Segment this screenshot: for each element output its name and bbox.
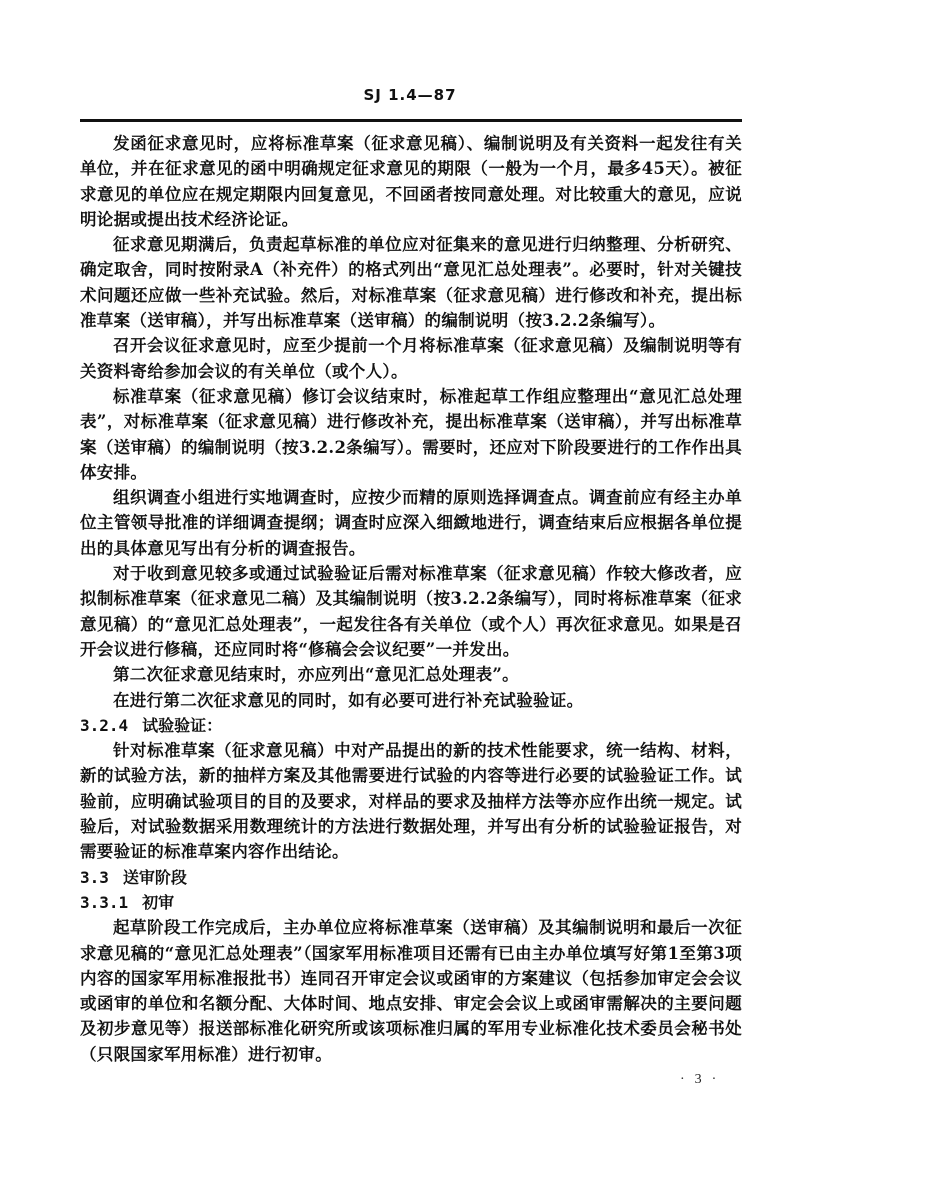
section-title: 送审阶段 [123, 868, 187, 887]
paragraph: 征求意见期满后，负责起草标准的单位应对征集来的意见进行归纳整理、分析研究、确定取… [80, 232, 742, 333]
section-number: 3.2.4 [80, 716, 128, 735]
document-code-header: SJ 1.4—87 [0, 86, 820, 104]
paragraph: 第二次征求意见结束时，亦应列出“意见汇总处理表”。 [80, 662, 742, 687]
document-body: 发函征求意见时，应将标准草案（征求意见稿）、编制说明及有关资料一起发往有关单位，… [80, 131, 742, 1067]
section-title: 试验验证： [142, 716, 222, 735]
section-number: 3.3 [80, 868, 109, 887]
page-number: ·3· [680, 1072, 726, 1088]
paragraph: 组织调查小组进行实地调查时，应按少而精的原则选择调查点。调查前应有经主办单位主管… [80, 485, 742, 561]
paragraph: 在进行第二次征求意见的同时，如有必要可进行补充试验验证。 [80, 688, 742, 713]
section-number: 3.3.1 [80, 893, 128, 912]
paragraph: 针对标准草案（征求意见稿）中对产品提出的新的技术性能要求，统一结构、材料，新的试… [80, 738, 742, 864]
header-rule [80, 119, 742, 122]
section-heading-3-3-1: 3.3.1初审 [80, 890, 742, 915]
section-heading-3-2-4: 3.2.4试验验证： [80, 713, 742, 738]
paragraph: 起草阶段工作完成后，主办单位应将标准草案（送审稿）及其编制说明和最后一次征求意见… [80, 915, 742, 1067]
section-title: 初审 [142, 893, 174, 912]
section-heading-3-3: 3.3送审阶段 [80, 865, 742, 890]
paragraph: 标准草案（征求意见稿）修订会议结束时，标准起草工作组应整理出“意见汇总处理表”，… [80, 384, 742, 485]
paragraph: 发函征求意见时，应将标准草案（征求意见稿）、编制说明及有关资料一起发往有关单位，… [80, 131, 742, 232]
paragraph: 召开会议征求意见时，应至少提前一个月将标准草案（征求意见稿）及编制说明等有关资料… [80, 333, 742, 384]
paragraph: 对于收到意见较多或通过试验验证后需对标准草案（征求意见稿）作较大修改者，应拟制标… [80, 561, 742, 662]
